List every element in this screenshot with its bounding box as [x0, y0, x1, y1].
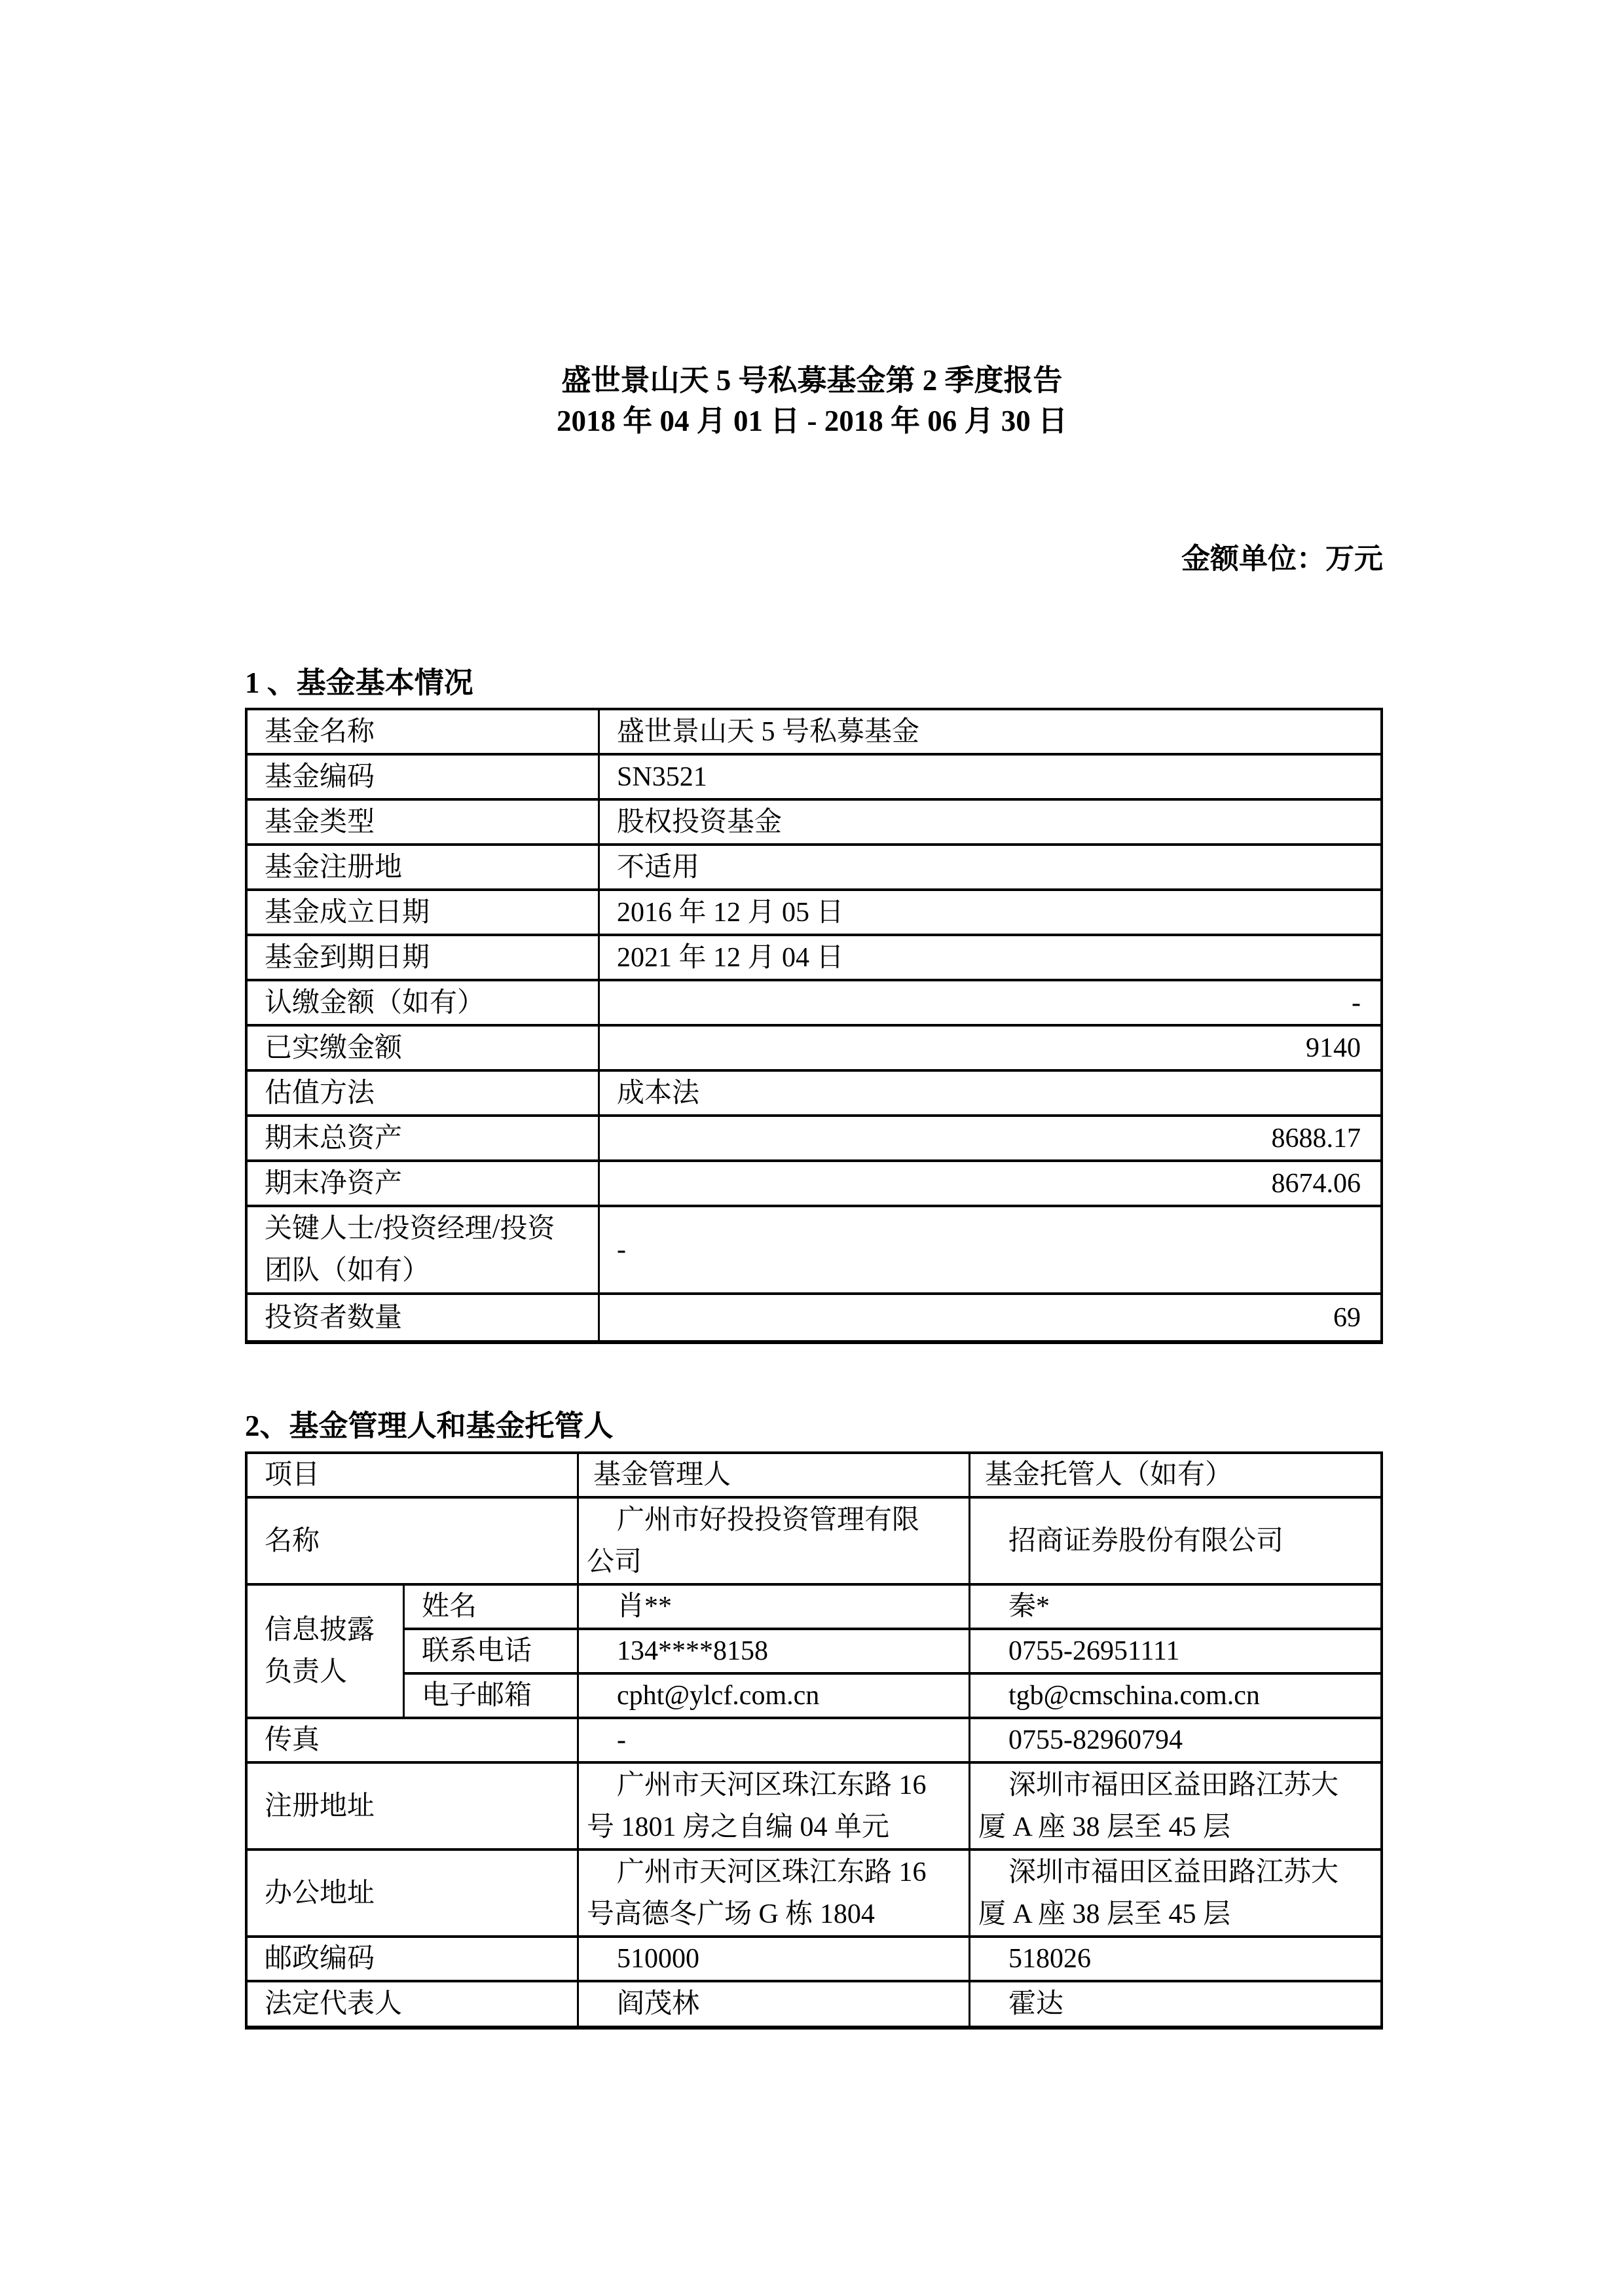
table-row: 名称 广州市好投投资管理有限 公司 招商证券股份有限公司	[248, 1499, 1380, 1586]
fund-code-label: 基金编码	[248, 756, 600, 801]
subscribed-amount-label: 认缴金额（如有）	[248, 981, 600, 1027]
table-row: 注册地址 广州市天河区珠江东路 16 号 1801 房之自编 04 单元 深圳市…	[248, 1764, 1380, 1851]
table-row: 基金成立日期 2016 年 12 月 05 日	[248, 891, 1380, 936]
custodian-name-value: 招商证券股份有限公司	[970, 1499, 1380, 1586]
paid-in-amount-label: 已实缴金额	[248, 1027, 600, 1072]
fund-registration-place-label: 基金注册地	[248, 846, 600, 891]
contact-email-label: 电子邮箱	[405, 1675, 579, 1719]
table-row: 估值方法 成本法	[248, 1072, 1380, 1117]
table-row: 法定代表人 阎茂林 霍达	[248, 1982, 1380, 2026]
section1-heading: 1 、基金基本情况	[245, 664, 473, 702]
table-row: 投资者数量 69	[248, 1295, 1380, 1340]
custodian-contact-phone: 0755-26951111	[970, 1630, 1380, 1675]
investor-count-value: 69	[600, 1295, 1380, 1340]
fund-establish-date-label: 基金成立日期	[248, 891, 600, 936]
legal-representative-label: 法定代表人	[248, 1982, 579, 2026]
custodian-legal-representative: 霍达	[970, 1982, 1380, 2026]
report-period: 2018 年 04 月 01 日 - 2018 年 06 月 30 日	[0, 402, 1624, 440]
table-row: 关键人士/投资经理/投资 团队（如有） -	[248, 1207, 1380, 1295]
fund-code-value: SN3521	[600, 756, 1380, 801]
office-address-label: 办公地址	[248, 1851, 579, 1938]
custodian-office-address: 深圳市福田区益田路江苏大 厦 A 座 38 层至 45 层	[970, 1851, 1380, 1938]
contact-phone-label: 联系电话	[405, 1630, 579, 1675]
table-row: 基金名称 盛世景山天 5 号私募基金	[248, 710, 1380, 756]
manager-contact-email: cpht@ylcf.com.cn	[579, 1675, 970, 1719]
custodian-contact-email: tgb@cmschina.com.cn	[970, 1675, 1380, 1719]
table-row: 办公地址 广州市天河区珠江东路 16 号高德冬广场 G 栋 1804 深圳市福田…	[248, 1851, 1380, 1938]
custodian-registered-address: 深圳市福田区益田路江苏大 厦 A 座 38 层至 45 层	[970, 1764, 1380, 1851]
column-header-manager: 基金管理人	[579, 1454, 970, 1499]
fund-maturity-date-label: 基金到期日期	[248, 936, 600, 981]
table-row: 信息披露 负责人 姓名 肖** 秦*	[248, 1586, 1380, 1630]
name-label: 名称	[248, 1499, 579, 1586]
manager-registered-address: 广州市天河区珠江东路 16 号 1801 房之自编 04 单元	[579, 1764, 970, 1851]
fund-name-value: 盛世景山天 5 号私募基金	[600, 710, 1380, 756]
table-row: 邮政编码 510000 518026	[248, 1938, 1380, 1982]
subscribed-amount-value: -	[600, 981, 1380, 1027]
table-row: 期末总资产 8688.17	[248, 1117, 1380, 1162]
fund-registration-place-value: 不适用	[600, 846, 1380, 891]
table-row: 基金类型 股权投资基金	[248, 801, 1380, 846]
fax-label: 传真	[248, 1719, 579, 1764]
table-row: 基金注册地 不适用	[248, 846, 1380, 891]
custodian-postal-code: 518026	[970, 1938, 1380, 1982]
contact-name-label: 姓名	[405, 1586, 579, 1630]
paid-in-amount-value: 9140	[600, 1027, 1380, 1072]
column-header-custodian: 基金托管人（如有）	[970, 1454, 1380, 1499]
valuation-method-value: 成本法	[600, 1072, 1380, 1117]
fund-type-value: 股权投资基金	[600, 801, 1380, 846]
section2-heading: 2、基金管理人和基金托管人	[245, 1407, 614, 1445]
table-row: 基金编码 SN3521	[248, 756, 1380, 801]
fund-maturity-date-value: 2021 年 12 月 04 日	[600, 936, 1380, 981]
fund-name-label: 基金名称	[248, 710, 600, 756]
table-row: 基金到期日期 2021 年 12 月 04 日	[248, 936, 1380, 981]
custodian-fax-value: 0755-82960794	[970, 1719, 1380, 1764]
manager-fax-value: -	[579, 1719, 970, 1764]
table-row: 电子邮箱 cpht@ylcf.com.cn tgb@cmschina.com.c…	[248, 1675, 1380, 1719]
custodian-contact-name: 秦*	[970, 1586, 1380, 1630]
disclosure-officer-group-label: 信息披露 负责人	[248, 1586, 405, 1719]
column-header-item: 项目	[248, 1454, 579, 1499]
investor-count-label: 投资者数量	[248, 1295, 600, 1340]
key-persons-label: 关键人士/投资经理/投资 团队（如有）	[248, 1207, 600, 1295]
manager-custodian-table: 项目 基金管理人 基金托管人（如有） 名称 广州市好投投资管理有限 公司 招商证…	[245, 1451, 1383, 2030]
manager-contact-phone: 134****8158	[579, 1630, 970, 1675]
total-assets-label: 期末总资产	[248, 1117, 600, 1162]
total-assets-value: 8688.17	[600, 1117, 1380, 1162]
net-assets-label: 期末净资产	[248, 1162, 600, 1207]
amount-unit-note: 金额单位：万元	[245, 541, 1383, 577]
table-row: 传真 - 0755-82960794	[248, 1719, 1380, 1764]
valuation-method-label: 估值方法	[248, 1072, 600, 1117]
fund-establish-date-value: 2016 年 12 月 05 日	[600, 891, 1380, 936]
net-assets-value: 8674.06	[600, 1162, 1380, 1207]
fund-basic-info-table: 基金名称 盛世景山天 5 号私募基金 基金编码 SN3521 基金类型 股权投资…	[245, 708, 1383, 1344]
fund-type-label: 基金类型	[248, 801, 600, 846]
manager-office-address: 广州市天河区珠江东路 16 号高德冬广场 G 栋 1804	[579, 1851, 970, 1938]
table-row: 已实缴金额 9140	[248, 1027, 1380, 1072]
table-header-row: 项目 基金管理人 基金托管人（如有）	[248, 1454, 1380, 1499]
table-row: 联系电话 134****8158 0755-26951111	[248, 1630, 1380, 1675]
manager-contact-name: 肖**	[579, 1586, 970, 1630]
manager-name-value: 广州市好投投资管理有限 公司	[579, 1499, 970, 1586]
postal-code-label: 邮政编码	[248, 1938, 579, 1982]
table-row: 期末净资产 8674.06	[248, 1162, 1380, 1207]
key-persons-value: -	[600, 1207, 1380, 1295]
quarterly-report-page: 盛世景山天 5 号私募基金第 2 季度报告 2018 年 04 月 01 日 -…	[0, 0, 1624, 2296]
registered-address-label: 注册地址	[248, 1764, 579, 1851]
manager-legal-representative: 阎茂林	[579, 1982, 970, 2026]
table-row: 认缴金额（如有） -	[248, 981, 1380, 1027]
manager-postal-code: 510000	[579, 1938, 970, 1982]
report-title: 盛世景山天 5 号私募基金第 2 季度报告	[0, 361, 1624, 399]
